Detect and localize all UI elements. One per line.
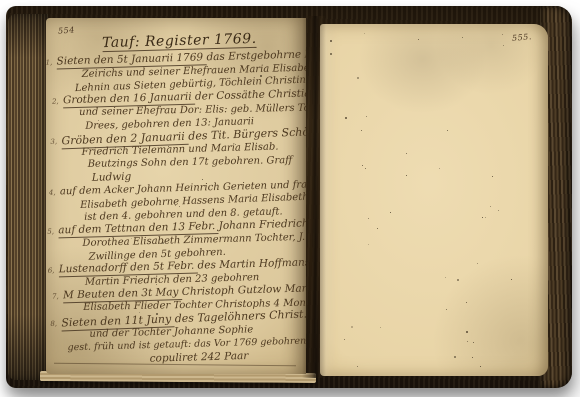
foxing-speck	[490, 206, 491, 207]
foxing-speck	[462, 37, 463, 38]
foxing-speck	[357, 366, 358, 367]
entry-number: 1,	[46, 57, 52, 70]
foxing-speck	[262, 209, 263, 210]
entry-number: 2,	[52, 95, 59, 108]
manuscript-lines: 1,Sieten den 5t Januarii 1769 das Erstge…	[56, 51, 305, 366]
register-book: 554 Tauf: Register 1769. 1,Sieten den 5t…	[6, 6, 572, 388]
foxing-speck	[351, 326, 353, 328]
foxing-speck	[368, 218, 369, 219]
foxing-speck	[511, 279, 512, 280]
foxing-speck	[361, 130, 362, 131]
foxing-speck	[148, 35, 149, 36]
entry-number: 3,	[50, 136, 57, 149]
foxing-speck	[439, 168, 440, 169]
foxing-speck	[406, 153, 407, 154]
foxing-speck	[457, 279, 459, 281]
foxing-speck	[503, 45, 504, 46]
foxing-speck	[477, 263, 478, 264]
foxing-speck	[98, 120, 99, 121]
foxing-speck	[406, 175, 407, 176]
foxing-speck	[368, 244, 369, 245]
foxing-speck	[377, 228, 378, 229]
foxing-speck	[362, 165, 363, 166]
foxing-speck	[366, 116, 367, 117]
foxing-speck	[345, 117, 347, 119]
entry-number: 4,	[49, 187, 56, 200]
foxing-speck	[364, 33, 365, 34]
foxing-speck	[472, 357, 473, 358]
left-page: 554 Tauf: Register 1769. 1,Sieten den 5t…	[46, 18, 306, 374]
foxing-speck	[344, 339, 345, 340]
foxing-speck	[454, 356, 456, 358]
foxing-speck	[498, 210, 499, 211]
foxing-speck	[467, 341, 468, 342]
entry-number: 5,	[47, 226, 54, 239]
foxing-speck	[473, 342, 474, 343]
manuscript: Tauf: Register 1769. 1,Sieten den 5t Jan…	[56, 31, 305, 366]
foxing-speck	[446, 309, 447, 310]
foxing-speck	[330, 53, 332, 55]
foxing-speck	[485, 217, 486, 218]
entry-number: 8,	[50, 318, 57, 331]
foxing-speck	[482, 217, 483, 218]
foxing-speck	[168, 146, 169, 147]
foxing-speck	[357, 77, 359, 79]
entry-number: 7,	[52, 290, 59, 303]
foxing-speck	[390, 212, 391, 213]
book-gutter	[302, 16, 326, 378]
foxing-speck	[480, 366, 481, 367]
foxing-speck	[365, 168, 366, 169]
foxing-speck	[502, 34, 503, 35]
foxing-speck	[447, 130, 448, 131]
foxing-speck	[492, 176, 493, 177]
foxing-speck	[330, 40, 332, 42]
left-page-block-edge	[8, 14, 48, 380]
right-page-number: 555.	[512, 32, 533, 43]
foxing-speck	[380, 327, 381, 328]
right-page: 555.	[320, 24, 548, 376]
foxing-speck	[445, 277, 446, 278]
entry-number: 6,	[48, 265, 55, 278]
foxing-speck	[466, 331, 468, 333]
foxing-speck	[418, 39, 419, 40]
foxing-speck	[466, 302, 467, 303]
